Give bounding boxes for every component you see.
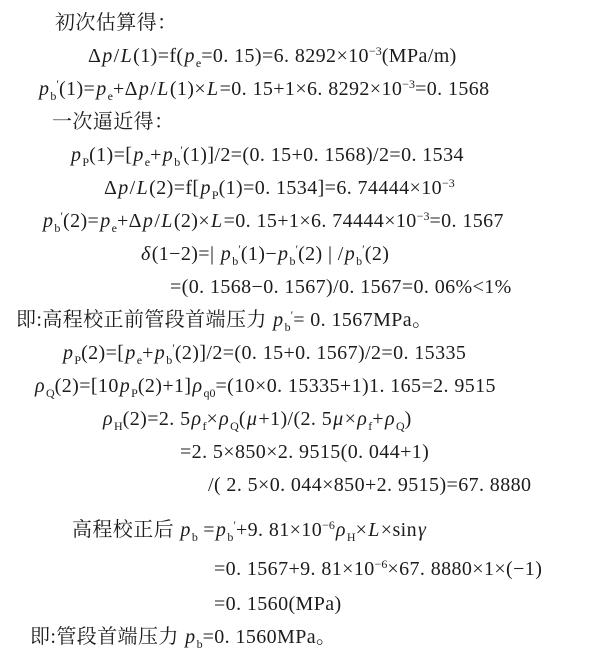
formula-line: 高程校正后 pb =pb′+9. 81×10−6ρH×L×sinγ — [72, 514, 615, 547]
scanned-formula-page: 初次估算得：Δp/L(1)=f(pe=0. 15)=6. 8292×10−3(M… — [0, 0, 615, 651]
formula-line: pP(1)=[pe+pb′(1)]/2=(0. 15+0. 1568)/2=0.… — [70, 139, 615, 172]
formula-line: 即:管段首端压力 pb=0. 1560MPa。 — [30, 621, 615, 651]
formula-line: 即:高程校正前管段首端压力 pb′= 0. 1567MPa。 — [16, 304, 615, 337]
formula-line: Δp/L(2)=f[pP(1)=0. 1534]=6. 74444×10−3 — [104, 172, 615, 205]
formula-line: 一次逼近得： — [52, 106, 615, 139]
formula-line: 初次估算得： — [55, 7, 615, 40]
formula-line: =0. 1567+9. 81×10−6×67. 8880×1×(−1) — [214, 553, 615, 586]
formula-line: ρQ(2)=[10pP(2)+1]ρq0=(10×0. 15335+1)1. 1… — [34, 370, 615, 403]
formula-line: δ(1−2)=| pb′(1)−pb′(2) | /pb′(2) — [140, 238, 615, 271]
formula-line: =2. 5×850×2. 9515(0. 044+1) — [180, 436, 615, 469]
formula-document: 初次估算得：Δp/L(1)=f(pe=0. 15)=6. 8292×10−3(M… — [0, 7, 615, 651]
formula-line: ρH(2)=2. 5ρf×ρQ(μ+1)/(2. 5μ×ρf+ρQ) — [102, 403, 615, 436]
formula-line: pP(2)=[pe+pb′(2)]/2=(0. 15+0. 1567)/2=0.… — [62, 337, 615, 370]
formula-line: /( 2. 5×0. 044×850+2. 9515)=67. 8880 — [208, 469, 615, 502]
formula-line: =0. 1560(MPa) — [214, 588, 615, 621]
formula-line: pb′(2)=pe+Δp/L(2)×L=0. 15+1×6. 74444×10−… — [42, 205, 615, 238]
formula-line: Δp/L(1)=f(pe=0. 15)=6. 8292×10−3(MPa/m) — [88, 40, 615, 73]
formula-line: pb′(1)=pe+Δp/L(1)×L=0. 15+1×6. 8292×10−3… — [38, 73, 615, 106]
formula-line: =(0. 1568−0. 1567)/0. 1567=0. 06%<1% — [170, 271, 615, 304]
